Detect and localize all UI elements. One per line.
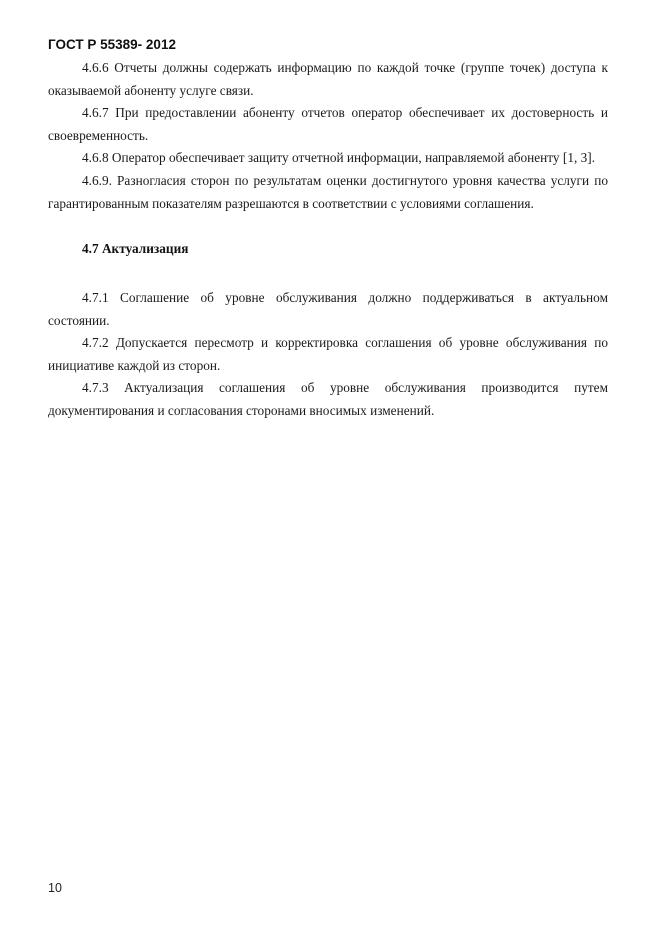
paragraph-4-6-7: 4.6.7 При предоставлении абоненту отчето… [48,102,608,147]
paragraph-4-6-8: 4.6.8 Оператор обеспечивает защиту отчет… [48,147,608,170]
paragraph-4-7-3: 4.7.3 Актуализация соглашения об уровне … [48,377,608,422]
section-title-4-7: 4.7 Актуализация [82,241,188,257]
paragraph-4-6-9: 4.6.9. Разногласия сторон по результатам… [48,170,608,215]
paragraph-4-7-2: 4.7.2 Допускается пересмотр и корректиро… [48,332,608,377]
section-4-6-body: 4.6.6 Отчеты должны содержать информацию… [48,57,608,215]
paragraph-4-6-6: 4.6.6 Отчеты должны содержать информацию… [48,57,608,102]
document-header: ГОСТ Р 55389- 2012 [48,37,176,52]
page-number: 10 [48,881,62,895]
section-4-7-body: 4.7.1 Соглашение об уровне обслуживания … [48,287,608,423]
paragraph-4-7-1: 4.7.1 Соглашение об уровне обслуживания … [48,287,608,332]
document-page: ГОСТ Р 55389- 2012 4.6.6 Отчеты должны с… [0,0,662,935]
